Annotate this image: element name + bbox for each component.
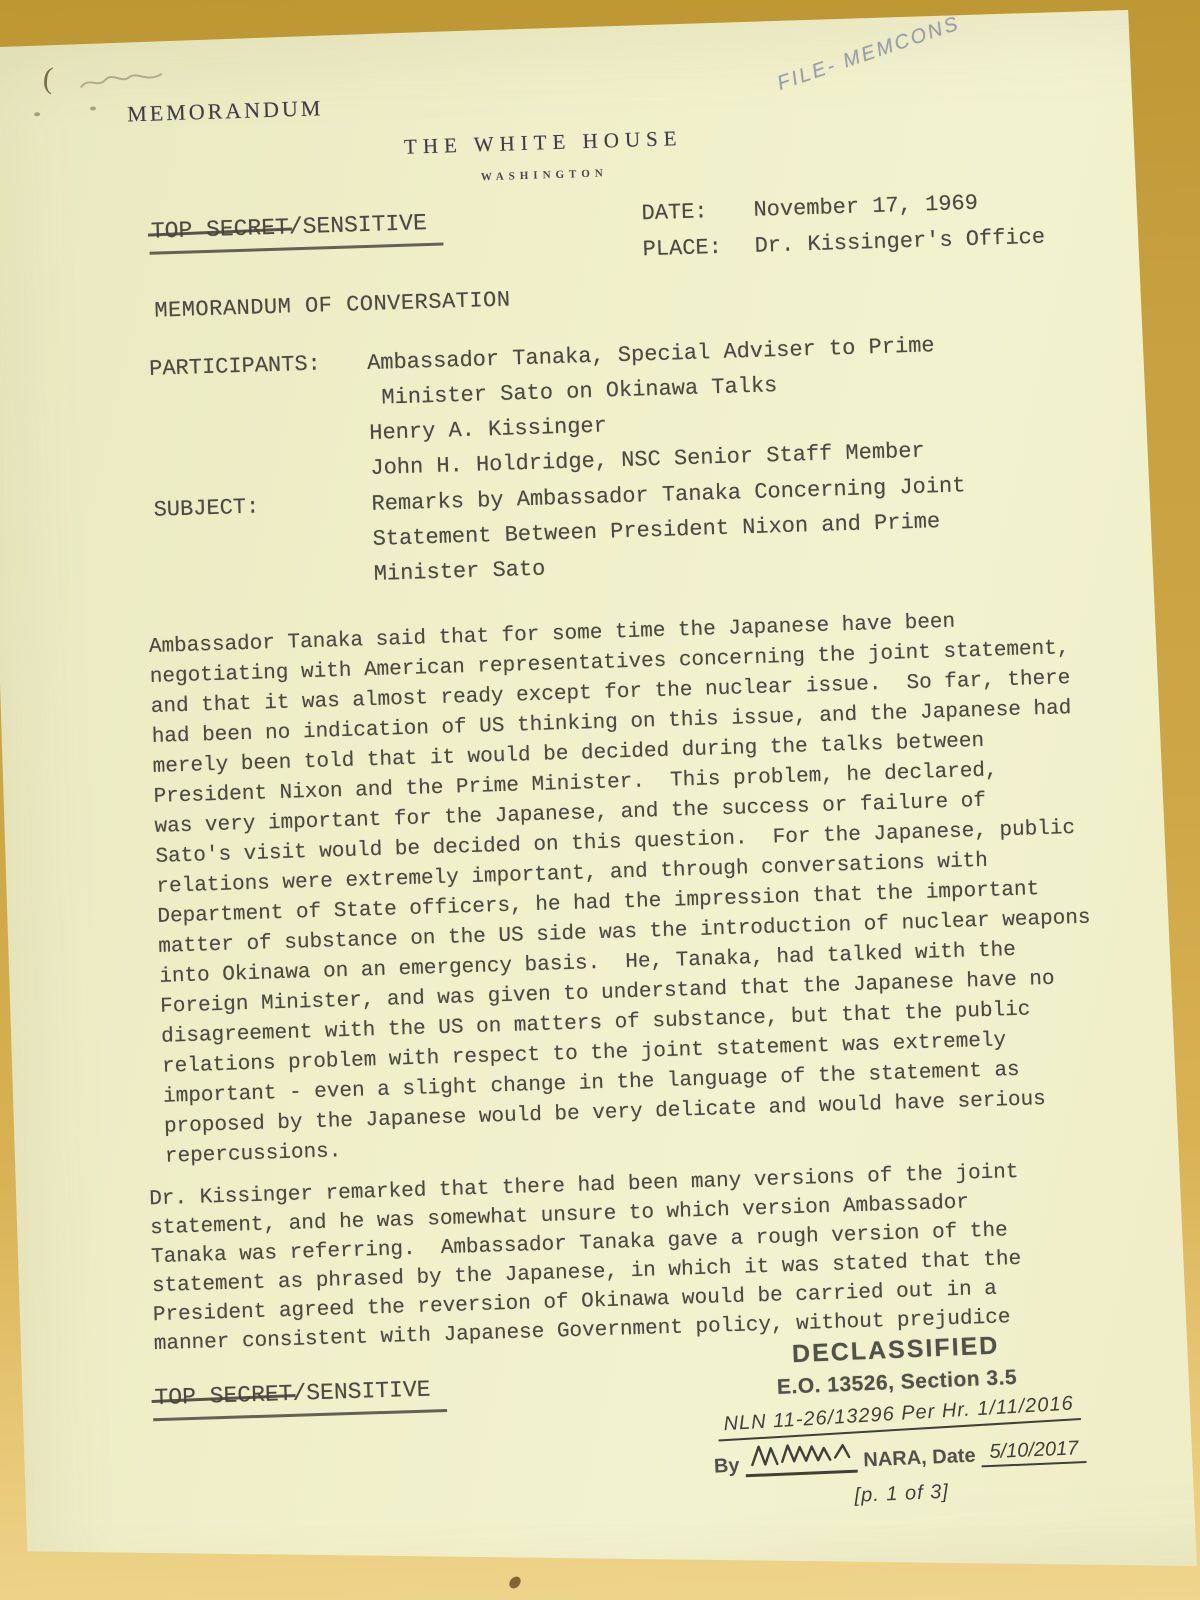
date-label: DATE: [641, 198, 754, 227]
memo-paper: ( FILE- MEMCONS MEMORANDUM THE WHITE HOU… [0, 5, 1200, 1600]
participants-value: Ambassador Tanaka, Special Adviser to Pr… [367, 328, 939, 486]
classification-suffix: /SENSITIVE [292, 1377, 431, 1407]
classification-struck-text: TOP SECRET [151, 214, 290, 244]
classification-suffix: /SENSITIVE [288, 210, 427, 240]
body-paragraph-2: Dr. Kissinger remarked that there had be… [149, 1158, 1024, 1359]
pencil-filing-note: FILE- MEMCONS [775, 12, 964, 95]
pencil-squiggle [77, 66, 168, 95]
subject-value: Remarks by Ambassador Tanaka Concerning … [371, 468, 968, 592]
participants-label: PARTICIPANTS: [149, 351, 321, 381]
ink-dot [90, 106, 96, 110]
signature-scribble [745, 1439, 858, 1478]
date-row: DATE: November 17, 1969 [641, 189, 1044, 227]
stamp-date-value: 5/10/2017 [981, 1437, 1087, 1467]
place-value: Dr. Kissinger's Office [754, 225, 1045, 259]
page-number-note: [p. 1 of 3] [686, 1474, 1117, 1515]
scanned-memo-photo: ( FILE- MEMCONS MEMORANDUM THE WHITE HOU… [0, 0, 1200, 1600]
ink-dot [34, 112, 40, 116]
classification-bottom: TOP SECRET/SENSITIVE [152, 1376, 447, 1421]
subject-label: SUBJECT: [153, 494, 259, 522]
memorandum-label: MEMORANDUM [127, 95, 324, 127]
memcon-title: MEMORANDUM OF CONVERSATION [154, 287, 511, 323]
stamp-by-label: By [714, 1455, 741, 1479]
classification-top: TOP SECRET/SENSITIVE [149, 210, 444, 255]
paper-clip-region: ( FILE- MEMCONS MEMORANDUM THE WHITE HOU… [0, 0, 1200, 1600]
classification-struck-text: TOP SECRET [154, 1381, 293, 1411]
stray-ink-mark: ( [42, 62, 54, 97]
signature-scribble-svg [749, 1439, 854, 1469]
date-place-block: DATE: November 17, 1969 PLACE: Dr. Kissi… [641, 189, 1046, 274]
body-paragraph-1: Ambassador Tanaka said that for some tim… [149, 604, 1098, 1173]
desk-speck [507, 1574, 523, 1590]
place-label: PLACE: [642, 234, 755, 263]
stamp-nara-label: NARA, Date [863, 1445, 976, 1473]
date-value: November 17, 1969 [753, 191, 978, 223]
declassification-stamp: DECLASSIFIED E.O. 13526, Section 3.5 NLN… [680, 1327, 1117, 1515]
place-row: PLACE: Dr. Kissinger's Office [642, 225, 1045, 263]
